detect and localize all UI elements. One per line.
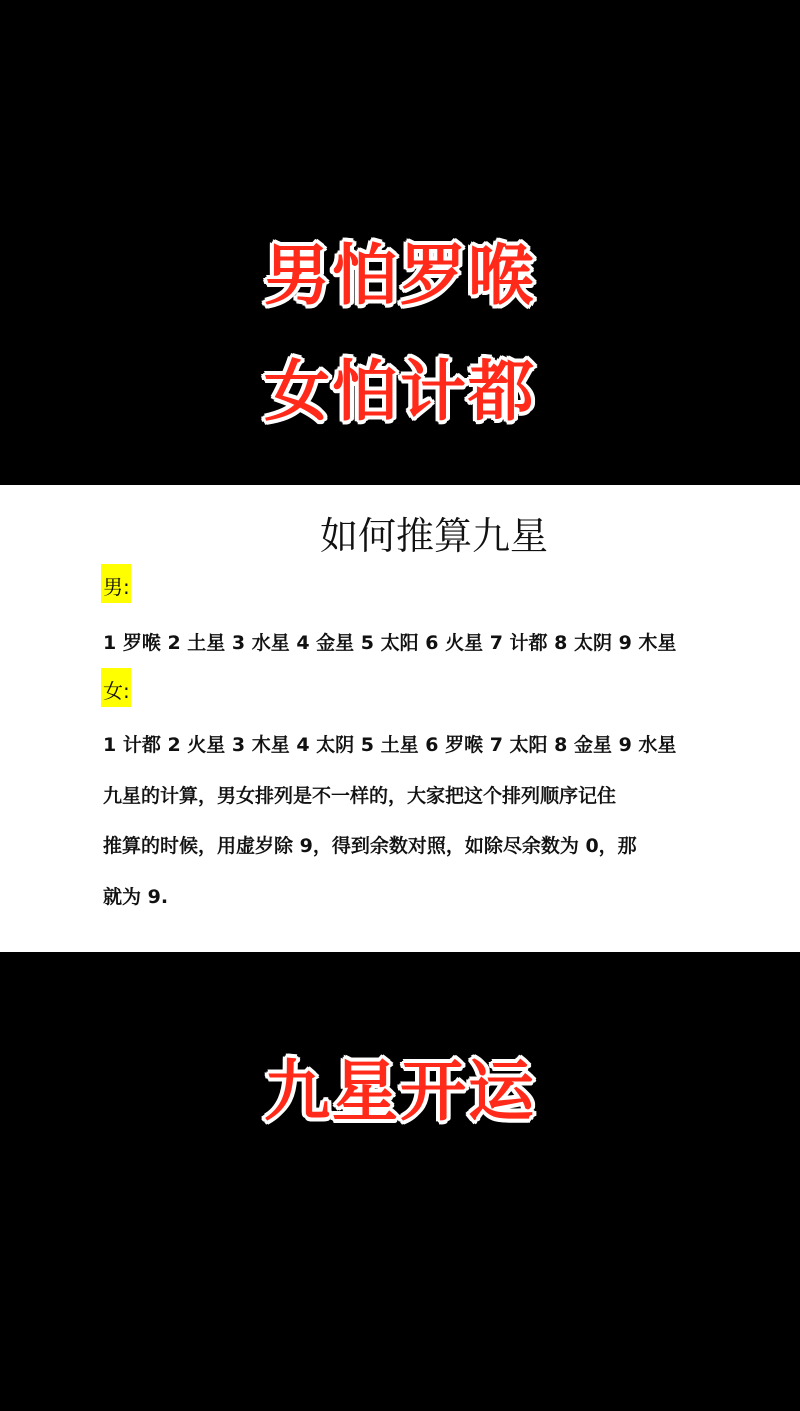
female-label: 女: [101,668,131,707]
male-label: 男: [101,564,131,603]
document-panel: 如何推算九星 男: 1 罗喉 2 土星 3 水星 4 金星 5 太阳 6 火星 … [0,485,800,952]
hero-bottom-title: 九星开运 [0,1052,800,1132]
female-sequence: 1 计都 2 火星 3 木星 4 太阴 5 土星 6 罗喉 7 太阳 8 金星 … [103,730,676,757]
paragraph-2-line-1: 推算的时候，用虚岁除 9，得到余数对照，如除尽余数为 0，那 [103,831,637,858]
paragraph-1: 九星的计算，男女排列是不一样的，大家把这个排列顺序记住 [103,781,616,808]
paragraph-2-line-2: 就为 9. [103,882,168,909]
hero-line-male: 男怕罗喉 [0,236,800,316]
hero-line-female: 女怕计都 [0,352,800,432]
document-title: 如何推算九星 [0,505,800,560]
male-sequence: 1 罗喉 2 土星 3 水星 4 金星 5 太阳 6 火星 7 计都 8 太阴 … [103,628,676,655]
